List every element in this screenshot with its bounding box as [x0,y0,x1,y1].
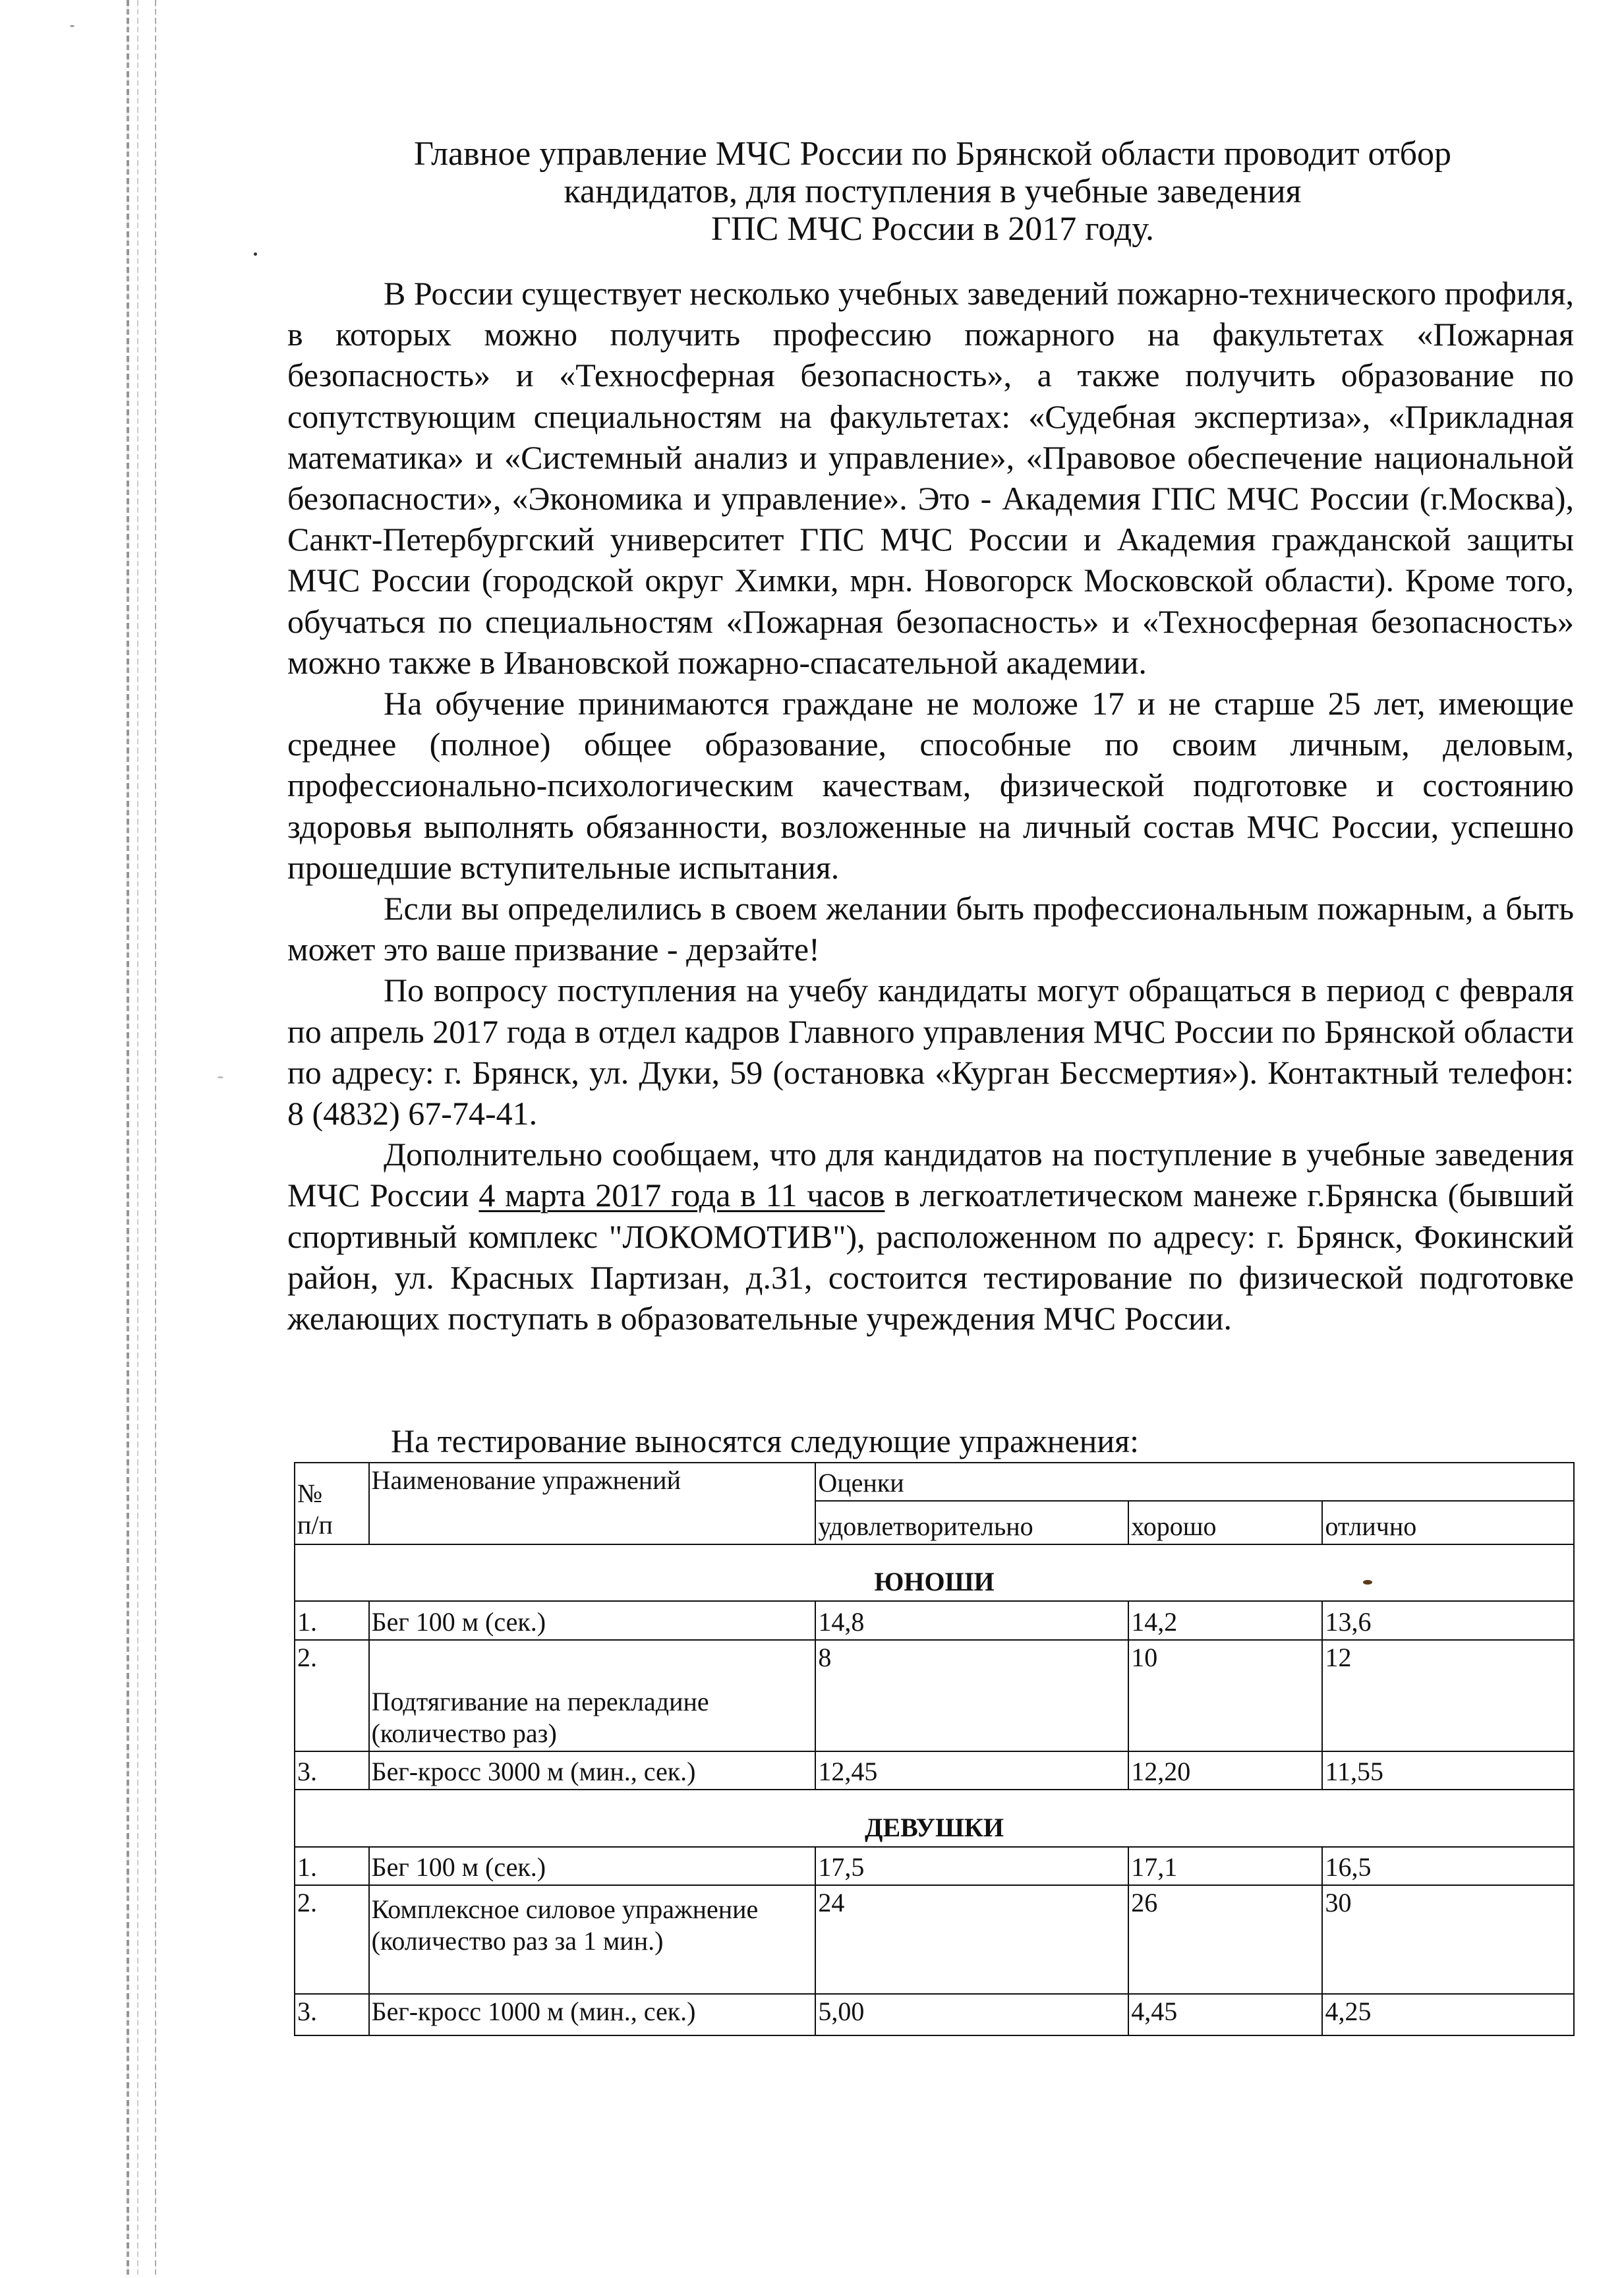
header-number-sign: № [297,1478,322,1508]
table-header-row: № п/п Наименование упражнений Оценки [295,1463,1574,1501]
group-row-girls: ДЕВУШКИ [295,1790,1574,1847]
group-row-boys: ЮНОШИ [295,1544,1574,1601]
document-body: В России существует несколько учебных за… [287,273,1574,1339]
row-number: 3. [295,1751,369,1790]
document-title: Главное управление МЧС России по Брянско… [290,135,1575,248]
paragraph-institutions: В России существует несколько учебных за… [287,273,1574,683]
row-number: 2. [295,1640,369,1751]
row-excellent: 12 [1322,1640,1574,1751]
paragraph-admission-requirements: На обучение принимаются граждане не моло… [287,683,1574,888]
testing-date-underlined: 4 марта 2017 года в 11 часов [478,1177,884,1213]
group-label-girls: ДЕВУШКИ [295,1790,1574,1847]
row-exercise: Бег-кросс 3000 м (мин., сек.) [369,1751,816,1790]
row-good: 12,20 [1128,1751,1322,1790]
row-good: 10 [1128,1640,1322,1751]
row-satisfactory: 24 [815,1885,1128,1994]
scan-edge-artifact [127,0,129,2278]
row-good: 26 [1128,1885,1322,1994]
title-line-3: ГПС МЧС России в 2017 году. [711,210,1154,248]
row-excellent: 4,25 [1322,1994,1574,2035]
row-excellent: 13,6 [1322,1601,1574,1640]
scan-speck [70,25,74,27]
row-number: 1. [295,1847,369,1885]
row-good: 17,1 [1128,1847,1322,1885]
scan-speck [217,1076,223,1078]
row-exercise: Бег 100 м (сек.) [369,1847,816,1885]
row-exercise-line-2: (количество раз) [372,1718,557,1748]
table-row: 2. Подтягивание на перекладине (количест… [295,1640,1574,1751]
header-good: хорошо [1128,1501,1322,1544]
row-excellent: 16,5 [1322,1847,1574,1885]
title-line-1: Главное управление МЧС России по Брянско… [414,135,1451,173]
row-excellent: 11,55 [1322,1751,1574,1790]
header-excellent: отлично [1322,1501,1574,1544]
row-satisfactory: 14,8 [815,1601,1128,1640]
header-number: № п/п [295,1463,369,1544]
paragraph-contact-info: По вопросу поступления на учебу кандидат… [287,970,1574,1134]
scan-edge-artifact [155,0,156,2278]
row-exercise: Бег 100 м (сек.) [369,1601,816,1640]
row-satisfactory: 17,5 [815,1847,1128,1885]
scan-speck [254,252,257,256]
paragraph-encouragement: Если вы определились в своем желании быт… [287,888,1574,970]
header-exercise-name: Наименование упражнений [369,1463,816,1544]
row-exercise: Бег-кросс 1000 м (мин., сек.) [369,1994,816,2035]
row-exercise-line-1: Подтягивание на перекладине [372,1687,709,1716]
table-row: 1. Бег 100 м (сек.) 14,8 14,2 13,6 [295,1601,1574,1640]
row-satisfactory: 5,00 [815,1994,1128,2035]
table-row: 2. Комплексное силовое упражнение (колич… [295,1885,1574,1994]
title-line-2: кандидатов, для поступления в учебные за… [564,173,1302,210]
table-row: 1. Бег 100 м (сек.) 17,5 17,1 16,5 [295,1847,1574,1885]
row-number: 2. [295,1885,369,1994]
header-grades: Оценки [815,1463,1574,1501]
table-row: 3. Бег-кросс 1000 м (мин., сек.) 5,00 4,… [295,1994,1574,2035]
paragraph-testing-announcement: Дополнительно сообщаем, что для кандидат… [287,1134,1574,1339]
table-intro: На тестирование выносятся следующие упра… [391,1422,1139,1459]
header-satisfactory: удовлетворительно [815,1501,1128,1544]
row-satisfactory: 12,45 [815,1751,1128,1790]
table-row: 3. Бег-кросс 3000 м (мин., сек.) 12,45 1… [295,1751,1574,1790]
row-good: 14,2 [1128,1601,1322,1640]
row-satisfactory: 8 [815,1640,1128,1751]
header-number-pp: п/п [297,1510,333,1540]
row-excellent: 30 [1322,1885,1574,1994]
exercises-table: № п/п Наименование упражнений Оценки удо… [294,1462,1575,2036]
row-good: 4,45 [1128,1994,1322,2035]
row-number: 3. [295,1994,369,2035]
row-exercise: Комплексное силовое упражнение (количест… [369,1885,816,1994]
row-exercise: Подтягивание на перекладине (количество … [369,1640,816,1751]
group-label-boys: ЮНОШИ [295,1544,1574,1601]
scan-edge-artifact [137,0,138,2278]
row-number: 1. [295,1601,369,1640]
